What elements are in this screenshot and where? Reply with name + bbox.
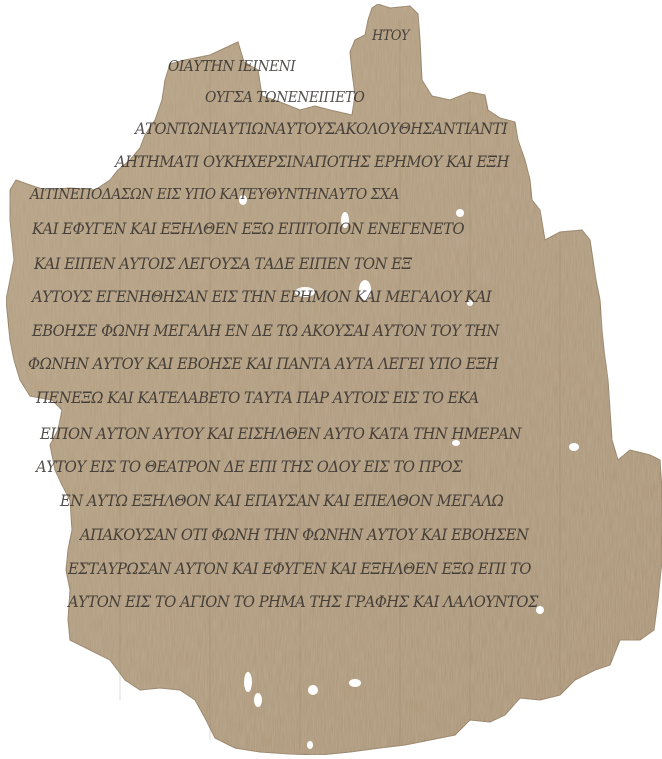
script-line: ΚΑΙ ΕΙΠΕΝ ΑΥΤΟΙΣ ΛΕΓΟΥΣΑ ΤΑΔΕ ΕΙΠΕΝ ΤΟΝ …: [34, 254, 411, 273]
script-line: ΦΩΝΗΝ ΑΥΤΟΥ ΚΑΙ ΕΒΟΗΣΕ ΚΑΙ ΠΑΝΤΑ ΑΥΤΑ ΛΕ…: [28, 354, 498, 373]
photo-stage: ΗΤΟΥΟΙΑΥΤΗΝ ΙΕΙΝΕΝΙΟΥΓΣΑ ΤΩΝΕΝΕΙΠΕΤΟΑΤΟΝ…: [0, 0, 662, 759]
script-line: ΗΤΟΥ: [372, 28, 409, 44]
script-line: ΚΑΙ ΕΦΥΓΕΝ ΚΑΙ ΕΞΗΛΘΕΝ ΕΞΩ ΕΠΙΤΟΠΟΝ ΕΝΕΓ…: [32, 219, 464, 238]
script-line: ΑΥΤΟΝ ΕΙΣ ΤΟ ΑΓΙΟΝ ΤΟ ΡΗΜΑ ΤΗΣ ΓΡΑΦΗΣ ΚΑ…: [68, 592, 538, 611]
script-line: ΑΥΤΟΥΣ ΕΓΕΝΗΘΗΣΑΝ ΕΙΣ ΤΗΝ ΕΡΗΜΟΝ ΚΑΙ ΜΕΓ…: [32, 287, 491, 306]
script-line: ΕΒΟΗΣΕ ΦΩΝΗ ΜΕΓΑΛΗ ΕΝ ΔΕ ΤΩ ΑΚΟΥΣΑΙ ΑΥΤΟ…: [32, 321, 499, 340]
script-line: ΑΤΟΝΤΩΝΙΑΥΤΙΩΝΑΥΤΟΥΣΑΚΟΛΟΥΘΗΣΑΝΤΙΑΝΤΙ: [135, 119, 507, 138]
script-line: ΕΝ ΑΥΤΩ ΕΞΗΛΘΟΝ ΚΑΙ ΕΠΑΥΣΑΝ ΚΑΙ ΕΠΕΛΘΟΝ …: [60, 491, 503, 510]
script-line: ΑΗΤΗΜΑΤΙ ΟΥΚΗΧΕΡΣΙΝΑΠΟΤΗΣ ΕΡΗΜΟΥ ΚΑΙ ΕΞΗ: [115, 152, 509, 171]
script-line: ΟΙΑΥΤΗΝ ΙΕΙΝΕΝΙ: [168, 57, 295, 75]
script-lines: ΗΤΟΥΟΙΑΥΤΗΝ ΙΕΙΝΕΝΙΟΥΓΣΑ ΤΩΝΕΝΕΙΠΕΤΟΑΤΟΝ…: [0, 0, 662, 759]
script-line: ΑΙΤΙΝΕΠΟΔΑΣΩΝ ΕΙΣ ΥΠΟ ΚΑΤΕΥΘΥΝΤΗΝΑΥΤΟ ΣΧ…: [30, 185, 399, 203]
script-line: ΑΠΑΚΟΥΣΑΝ ΟΤΙ ΦΩΝΗ ΤΗΝ ΦΩΝΗΝ ΑΥΤΟΥ ΚΑΙ Ε…: [80, 525, 528, 544]
script-line: ΠΕΝΕΞΩ ΚΑΙ ΚΑΤΕΛΑΒΕΤΟ ΤΑΥΤΑ ΠΑΡ ΑΥΤΟΙΣ Ε…: [36, 388, 479, 407]
script-line: ΕΣΤΑΥΡΩΣΑΝ ΑΥΤΟΝ ΚΑΙ ΕΦΥΓΕΝ ΚΑΙ ΕΞΗΛΘΕΝ …: [68, 559, 531, 578]
script-line: ΟΥΓΣΑ ΤΩΝΕΝΕΙΠΕΤΟ: [205, 88, 364, 106]
script-line: ΑΥΤΟΥ ΕΙΣ ΤΟ ΘΕΑΤΡΟΝ ΔΕ ΕΠΙ ΤΗΣ ΟΔΟΥ ΕΙΣ…: [36, 457, 462, 476]
script-line: ΕΙΠΟΝ ΑΥΤΟΝ ΑΥΤΟΥ ΚΑΙ ΕΙΣΗΛΘΕΝ ΑΥΤΟ ΚΑΤΑ…: [40, 424, 521, 443]
